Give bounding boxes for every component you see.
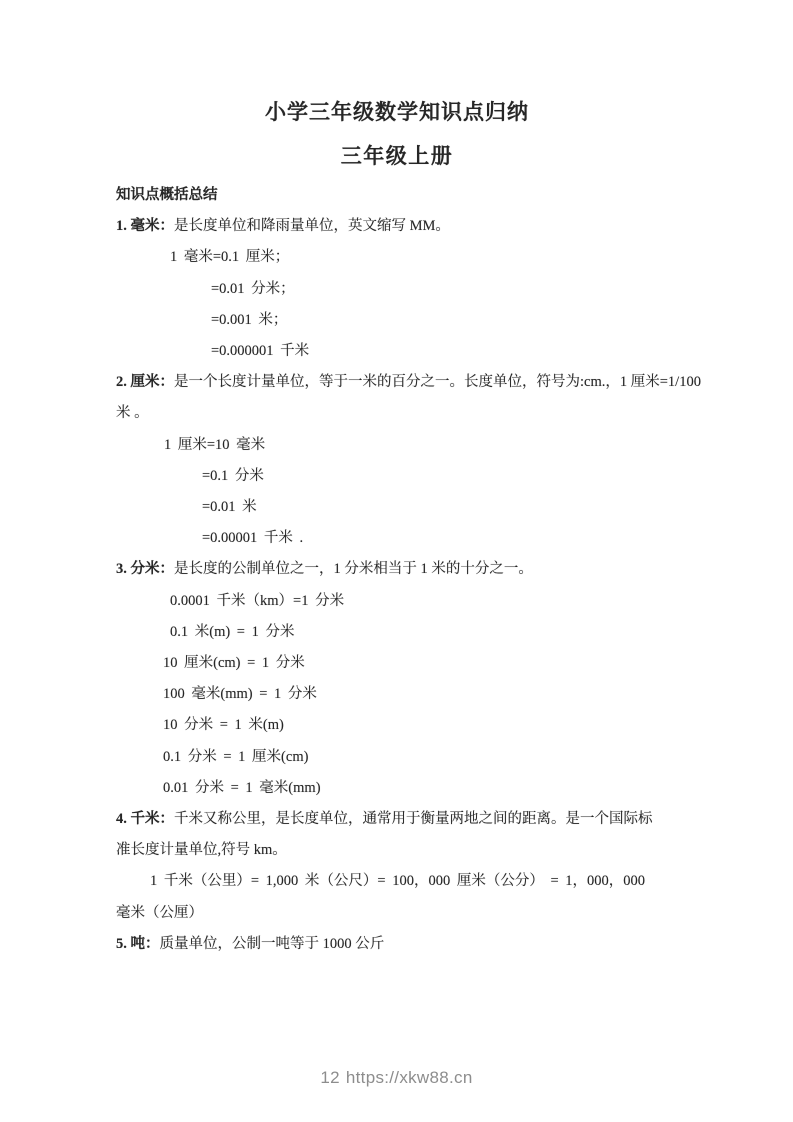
item-ton: 5. 吨：质量单位，公制一吨等于 1000 公斤 — [116, 929, 678, 960]
equation-line: 1 厘米=10 毫米 — [116, 430, 678, 461]
equation-line: 0.1 分米 = 1 厘米(cm) — [116, 742, 678, 773]
item-kilometer-label: 4. 千米： — [116, 811, 174, 827]
item-millimeter-desc: 是长度单位和降雨量单位，英文缩写 MM。 — [174, 218, 450, 234]
equation-line: 0.1 米(m) = 1 分米 — [116, 617, 678, 648]
equation-line: =0.1 分米 — [116, 461, 678, 492]
item-decimeter: 3. 分米：是长度的公制单位之一，1 分米相当于 1 米的十分之一。 — [116, 554, 678, 585]
document-body: 知识点概括总结 1. 毫米：是长度单位和降雨量单位，英文缩写 MM。 1 毫米=… — [116, 180, 678, 960]
equation-line: =0.000001 千米 — [116, 336, 678, 367]
equation-line: 0.0001 千米（km）=1 分米 — [116, 586, 678, 617]
item-decimeter-desc: 是长度的公制单位之一，1 分米相当于 1 米的十分之一。 — [174, 561, 533, 577]
equation-line: 1 千米（公里）= 1,000 米（公尺）= 100，000 厘米（公分） = … — [116, 866, 678, 897]
document-title: 小学三年级数学知识点归纳 — [116, 99, 678, 125]
equation-line: 1 毫米=0.1 厘米； — [116, 242, 678, 273]
document-page: 小学三年级数学知识点归纳 三年级上册 知识点概括总结 1. 毫米：是长度单位和降… — [0, 0, 793, 1122]
item-centimeter-label: 2. 厘米： — [116, 374, 174, 390]
footer-url: https://xkw88.cn — [346, 1068, 473, 1087]
equation-line: 10 厘米(cm) = 1 分米 — [116, 648, 678, 679]
item-centimeter-desc: 是一个长度计量单位，等于一米的百分之一。长度单位，符号为:cm.，1 厘米=1/… — [174, 374, 701, 390]
document-subtitle: 三年级上册 — [116, 143, 678, 169]
section-heading: 知识点概括总结 — [116, 180, 678, 211]
item-ton-label: 5. 吨： — [116, 936, 160, 952]
item-centimeter-desc-wrap: 米 。 — [116, 398, 678, 429]
item-millimeter-label: 1. 毫米： — [116, 218, 174, 234]
equation-line: =0.01 分米； — [116, 274, 678, 305]
item-centimeter: 2. 厘米：是一个长度计量单位，等于一米的百分之一。长度单位，符号为:cm.，1… — [116, 367, 678, 398]
equation-line: =0.00001 千米 . — [116, 523, 678, 554]
equation-line: 0.01 分米 = 1 毫米(mm) — [116, 773, 678, 804]
equation-line-wrap: 毫米（公厘） — [116, 898, 678, 929]
equation-line: =0.01 米 — [116, 492, 678, 523]
item-kilometer-desc-wrap: 准长度计量单位,符号 km。 — [116, 835, 678, 866]
item-ton-desc: 质量单位，公制一吨等于 1000 公斤 — [160, 936, 385, 952]
equation-line: =0.001 米； — [116, 305, 678, 336]
item-kilometer-desc: 千米又称公里，是长度单位，通常用于衡量两地之间的距离。是一个国际标 — [174, 811, 653, 827]
item-decimeter-label: 3. 分米： — [116, 561, 174, 577]
page-number: 12 — [320, 1068, 340, 1087]
equation-line: 100 毫米(mm) = 1 分米 — [116, 679, 678, 710]
item-kilometer: 4. 千米：千米又称公里，是长度单位，通常用于衡量两地之间的距离。是一个国际标 — [116, 804, 678, 835]
item-millimeter: 1. 毫米：是长度单位和降雨量单位，英文缩写 MM。 — [116, 211, 678, 242]
equation-line: 10 分米 = 1 米(m) — [116, 710, 678, 741]
page-footer: 12https://xkw88.cn — [0, 1068, 793, 1088]
document-content: 小学三年级数学知识点归纳 三年级上册 知识点概括总结 1. 毫米：是长度单位和降… — [116, 0, 678, 960]
